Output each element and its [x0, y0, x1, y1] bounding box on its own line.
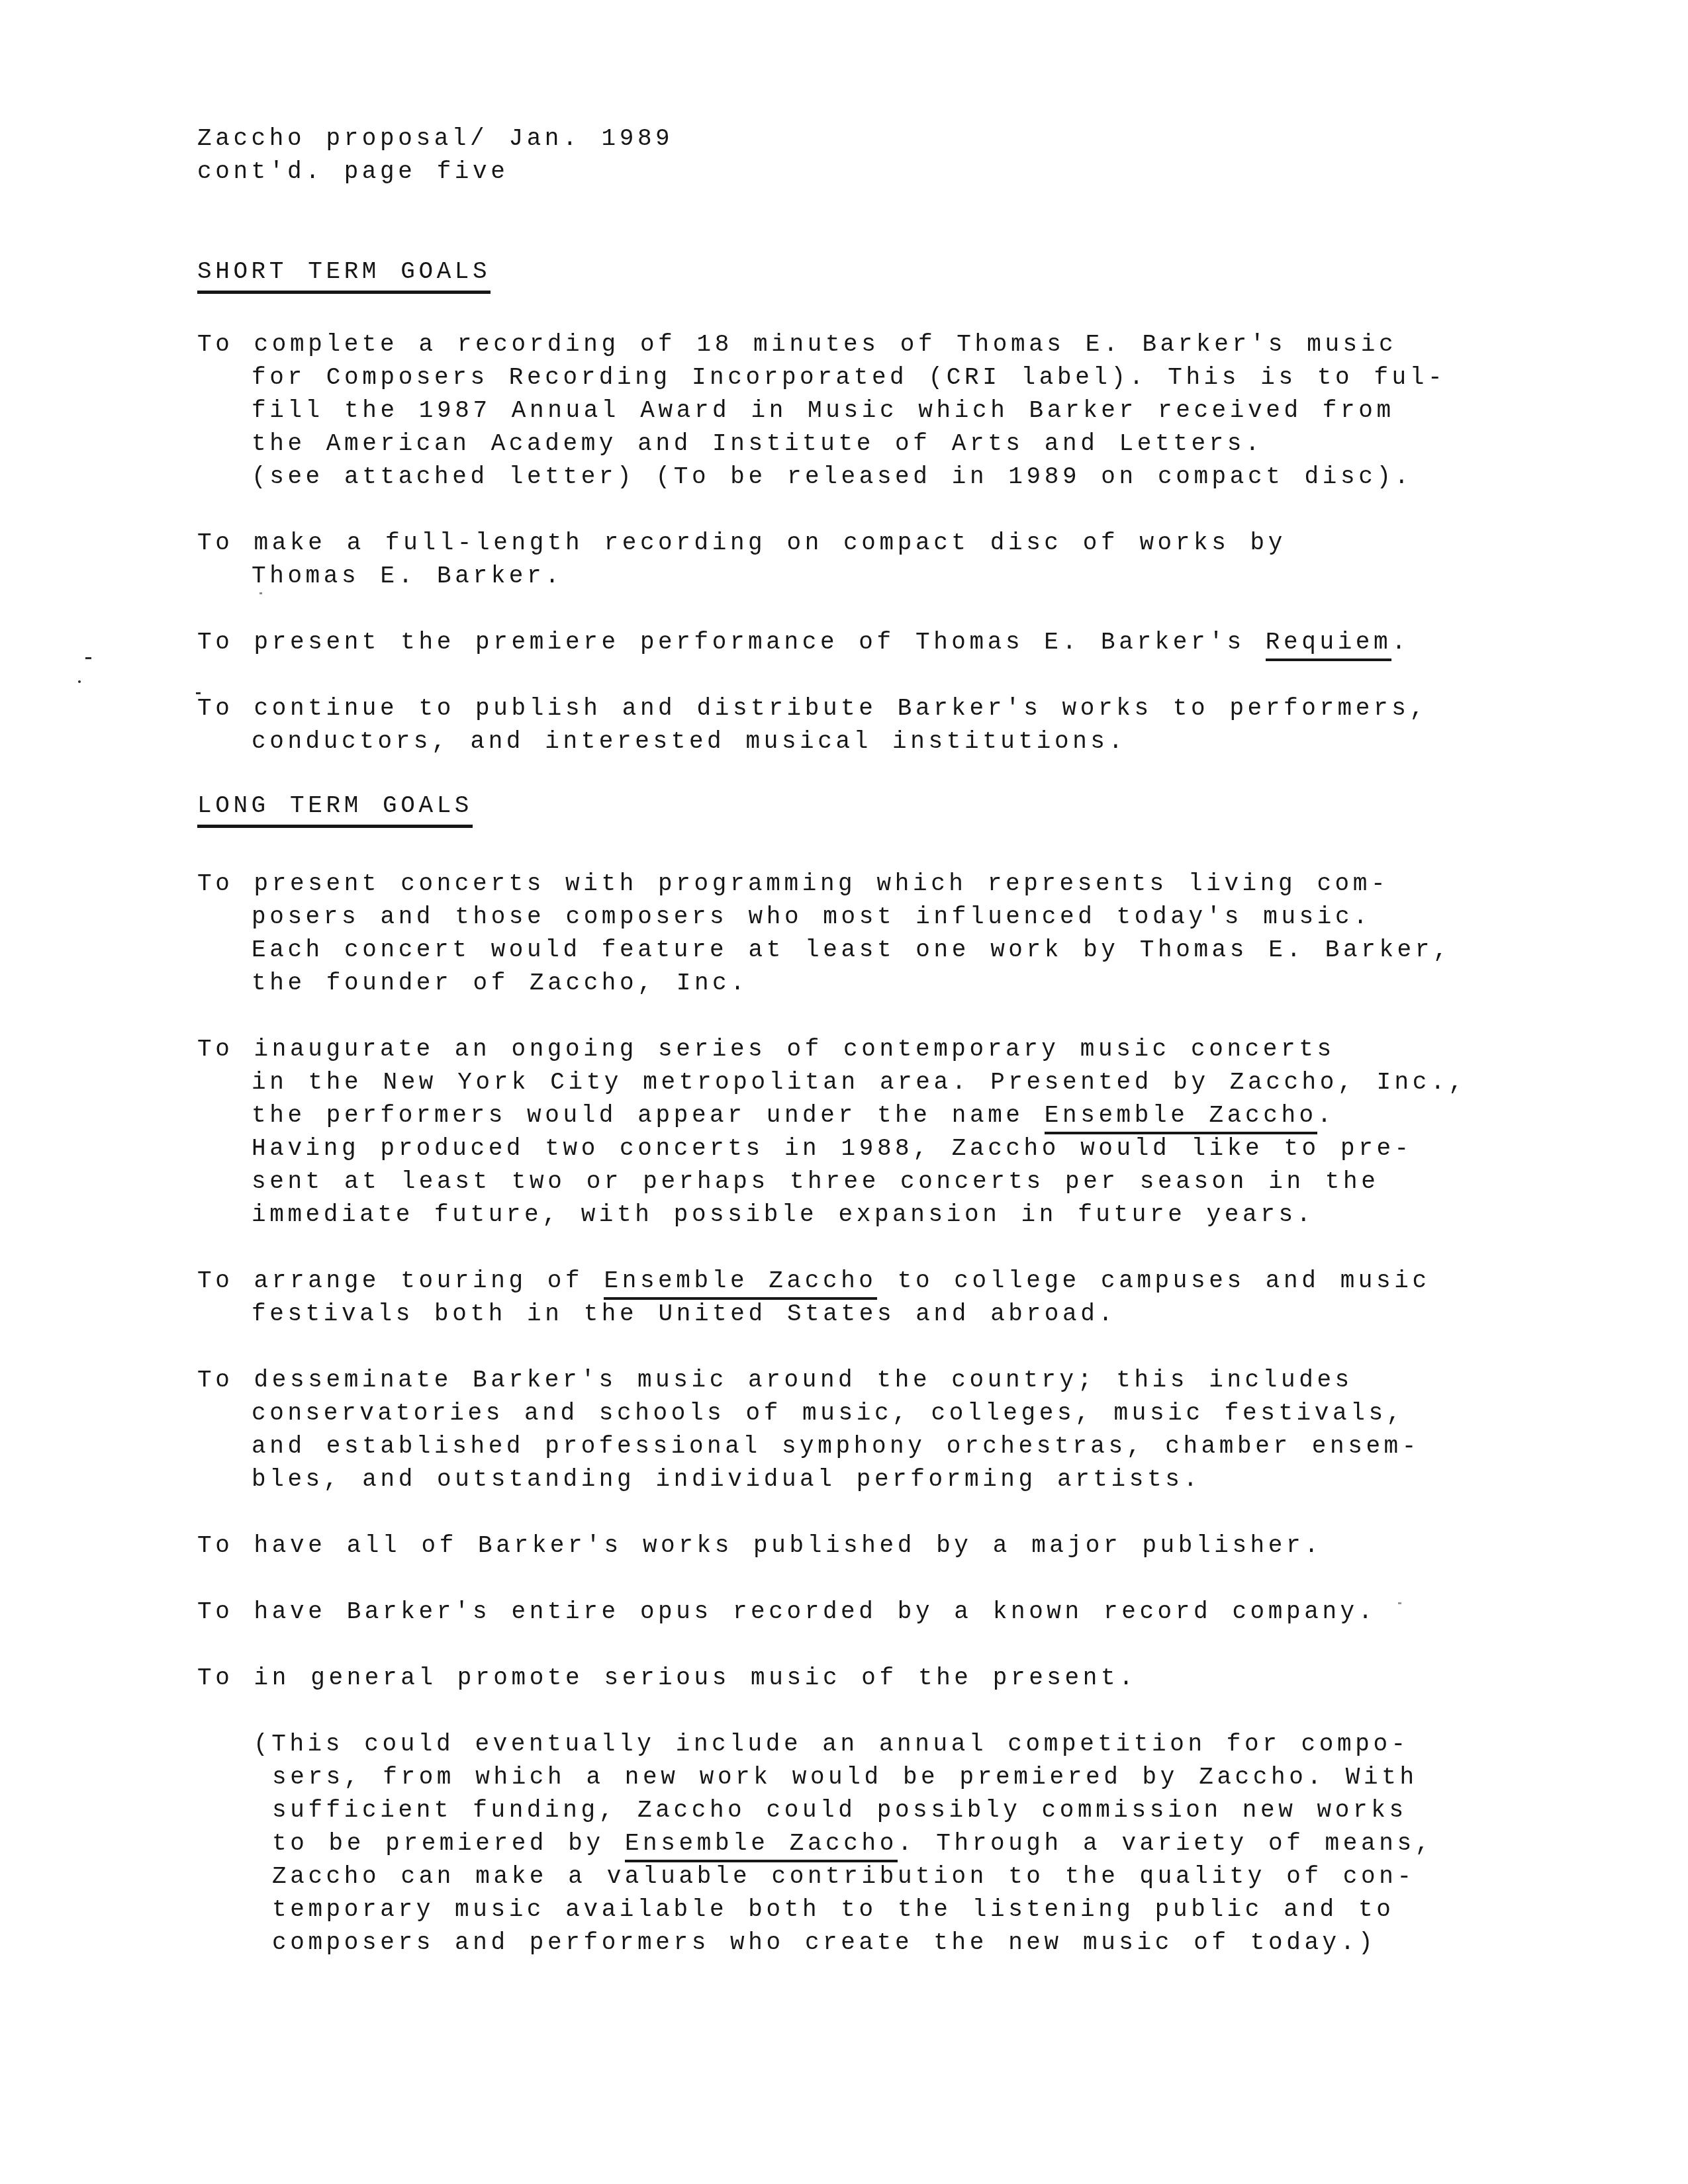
text-run: sent at least two or perhaps three conce…: [252, 1168, 1379, 1195]
text-run: (see attached letter) (To be released in…: [252, 463, 1413, 490]
text-line: (see attached letter) (To be released in…: [197, 461, 1554, 494]
text-run: To complete a recording of 18 minutes of…: [197, 331, 1397, 358]
text-run: .: [1317, 1102, 1335, 1129]
text-line: To complete a recording of 18 minutes of…: [197, 328, 1554, 361]
text-run: To have all of Barker's works published …: [197, 1532, 1322, 1559]
paragraph: To desseminate Barker's music around the…: [197, 1364, 1554, 1496]
text-line: the founder of Zaccho, Inc.: [197, 967, 1554, 1000]
text-line: To continue to publish and distribute Ba…: [197, 692, 1554, 725]
text-line: To have all of Barker's works published …: [197, 1529, 1554, 1563]
text-run: fill the 1987 Annual Award in Music whic…: [252, 397, 1395, 424]
text-run: To desseminate Barker's music around the…: [197, 1367, 1353, 1394]
text-run: To arrange touring of: [197, 1267, 604, 1295]
scan-speck: [78, 680, 81, 683]
underlined-text: Ensemble Zaccho: [625, 1830, 898, 1862]
scan-speck: [85, 657, 91, 659]
text-run: to be premiered by: [272, 1830, 625, 1857]
underlined-text: Ensemble Zaccho: [1045, 1102, 1317, 1134]
text-run: Thomas E. Barker.: [252, 563, 563, 590]
text-line: conservatories and schools of music, col…: [197, 1397, 1554, 1430]
text-run: Having produced two concerts in 1988, Za…: [252, 1135, 1413, 1162]
paragraph: To in general promote serious music of t…: [197, 1662, 1554, 1695]
text-line: conductors, and interested musical insti…: [197, 725, 1554, 758]
document-header: Zaccho proposal/ Jan. 1989 cont'd. page …: [197, 122, 1554, 189]
text-line: To make a full-length recording on compa…: [197, 527, 1554, 560]
section-1: SHORT TERM GOALSTo complete a recording …: [197, 255, 1554, 758]
text-line: To present the premiere performance of T…: [197, 626, 1554, 659]
paragraph: To present concerts with programming whi…: [197, 868, 1554, 1000]
text-line: the performers would appear under the na…: [197, 1099, 1554, 1132]
section-heading-text: SHORT TERM GOALS: [197, 255, 491, 294]
text-run: To have Barker's entire opus recorded by…: [197, 1598, 1376, 1625]
text-line: Having produced two concerts in 1988, Za…: [197, 1132, 1554, 1165]
text-run: To make a full-length recording on compa…: [197, 529, 1286, 557]
scan-speck: [196, 692, 201, 694]
text-run: posers and those composers who most infl…: [252, 903, 1371, 931]
text-run: temporary music available both to the li…: [272, 1896, 1394, 1923]
text-line: for Composers Recording Incorporated (CR…: [197, 361, 1554, 394]
text-line: the American Academy and Institute of Ar…: [197, 428, 1554, 461]
document-content: Zaccho proposal/ Jan. 1989 cont'd. page …: [197, 122, 1554, 1960]
paragraph: To have Barker's entire opus recorded by…: [197, 1596, 1554, 1629]
underlined-text: Ensemble Zaccho: [604, 1267, 876, 1300]
paragraph: To have all of Barker's works published …: [197, 1529, 1554, 1563]
section-2: LONG TERM GOALSTo present concerts with …: [197, 790, 1554, 1960]
text-line: in the New York City metropolitan area. …: [197, 1066, 1554, 1099]
text-line: to be premiered by Ensemble Zaccho. Thro…: [197, 1827, 1554, 1860]
paragraph: To continue to publish and distribute Ba…: [197, 692, 1554, 758]
text-run: (This could eventually include an annual…: [254, 1731, 1409, 1758]
text-run: for Composers Recording Incorporated (CR…: [252, 364, 1446, 391]
scan-speck: [1398, 1602, 1401, 1604]
text-line: and established professional symphony or…: [197, 1430, 1554, 1463]
paragraph: To inaugurate an ongoing series of conte…: [197, 1033, 1554, 1232]
header-line-2: cont'd. page five: [197, 156, 1554, 189]
text-run: conservatories and schools of music, col…: [252, 1400, 1405, 1427]
text-line: Thomas E. Barker.: [197, 560, 1554, 593]
header-line-1: Zaccho proposal/ Jan. 1989: [197, 122, 1554, 156]
text-run: and established professional symphony or…: [252, 1433, 1420, 1460]
text-line: To arrange touring of Ensemble Zaccho to…: [197, 1265, 1554, 1298]
text-run: sers, from which a new work would be pre…: [272, 1764, 1418, 1791]
text-line: Zaccho can make a valuable contribution …: [197, 1860, 1554, 1893]
text-line: posers and those composers who most infl…: [197, 901, 1554, 934]
document-body: SHORT TERM GOALSTo complete a recording …: [197, 255, 1554, 1960]
text-line: sufficient funding, Zaccho could possibl…: [197, 1794, 1554, 1827]
text-line: sent at least two or perhaps three conce…: [197, 1165, 1554, 1199]
document-sheet: Zaccho proposal/ Jan. 1989 cont'd. page …: [0, 0, 1688, 2184]
text-run: To inaugurate an ongoing series of conte…: [197, 1036, 1335, 1063]
text-line: To have Barker's entire opus recorded by…: [197, 1596, 1554, 1629]
text-run: the performers would appear under the na…: [252, 1102, 1045, 1129]
text-run: the American Academy and Institute of Ar…: [252, 430, 1263, 457]
section-heading: SHORT TERM GOALS: [197, 255, 1554, 294]
text-run: to college campuses and music: [877, 1267, 1430, 1295]
text-line: To in general promote serious music of t…: [197, 1662, 1554, 1695]
paragraph: To present the premiere performance of T…: [197, 626, 1554, 659]
text-line: sers, from which a new work would be pre…: [197, 1761, 1554, 1794]
text-line: To inaugurate an ongoing series of conte…: [197, 1033, 1554, 1066]
text-run: immediate future, with possible expansio…: [252, 1201, 1315, 1228]
text-line: immediate future, with possible expansio…: [197, 1199, 1554, 1232]
paragraph: To make a full-length recording on compa…: [197, 527, 1554, 593]
text-line: bles, and outstanding individual perform…: [197, 1463, 1554, 1496]
paragraph: To arrange touring of Ensemble Zaccho to…: [197, 1265, 1554, 1331]
text-run: To present concerts with programming whi…: [197, 870, 1389, 897]
text-run: To in general promote serious music of t…: [197, 1664, 1137, 1692]
text-run: Zaccho can make a valuable contribution …: [272, 1863, 1415, 1890]
text-run: To continue to publish and distribute Ba…: [197, 695, 1428, 722]
text-run: the founder of Zaccho, Inc.: [252, 970, 749, 997]
text-line: To present concerts with programming whi…: [197, 868, 1554, 901]
text-run: .: [1391, 629, 1409, 656]
text-run: conductors, and interested musical insti…: [252, 728, 1127, 755]
paragraph: (This could eventually include an annual…: [197, 1728, 1554, 1960]
text-run: bles, and outstanding individual perform…: [252, 1466, 1201, 1493]
text-line: Each concert would feature at least one …: [197, 934, 1554, 967]
text-run: composers and performers who create the …: [272, 1929, 1376, 1956]
text-line: To desseminate Barker's music around the…: [197, 1364, 1554, 1397]
text-line: temporary music available both to the li…: [197, 1893, 1554, 1927]
scan-speck: [259, 592, 262, 594]
text-line: composers and performers who create the …: [197, 1927, 1554, 1960]
paragraph: To complete a recording of 18 minutes of…: [197, 328, 1554, 494]
section-heading: LONG TERM GOALS: [197, 790, 1554, 828]
underlined-text: Requiem: [1266, 629, 1391, 661]
text-line: fill the 1987 Annual Award in Music whic…: [197, 394, 1554, 428]
text-run: To present the premiere performance of T…: [197, 629, 1266, 656]
text-line: festivals both in the United States and …: [197, 1298, 1554, 1331]
text-run: in the New York City metropolitan area. …: [252, 1069, 1466, 1096]
text-run: festivals both in the United States and …: [252, 1300, 1117, 1328]
text-run: Each concert would feature at least one …: [252, 936, 1451, 964]
text-line: (This could eventually include an annual…: [197, 1728, 1554, 1761]
section-heading-text: LONG TERM GOALS: [197, 790, 473, 828]
text-run: sufficient funding, Zaccho could possibl…: [272, 1797, 1407, 1824]
text-run: . Through a variety of means,: [898, 1830, 1433, 1857]
